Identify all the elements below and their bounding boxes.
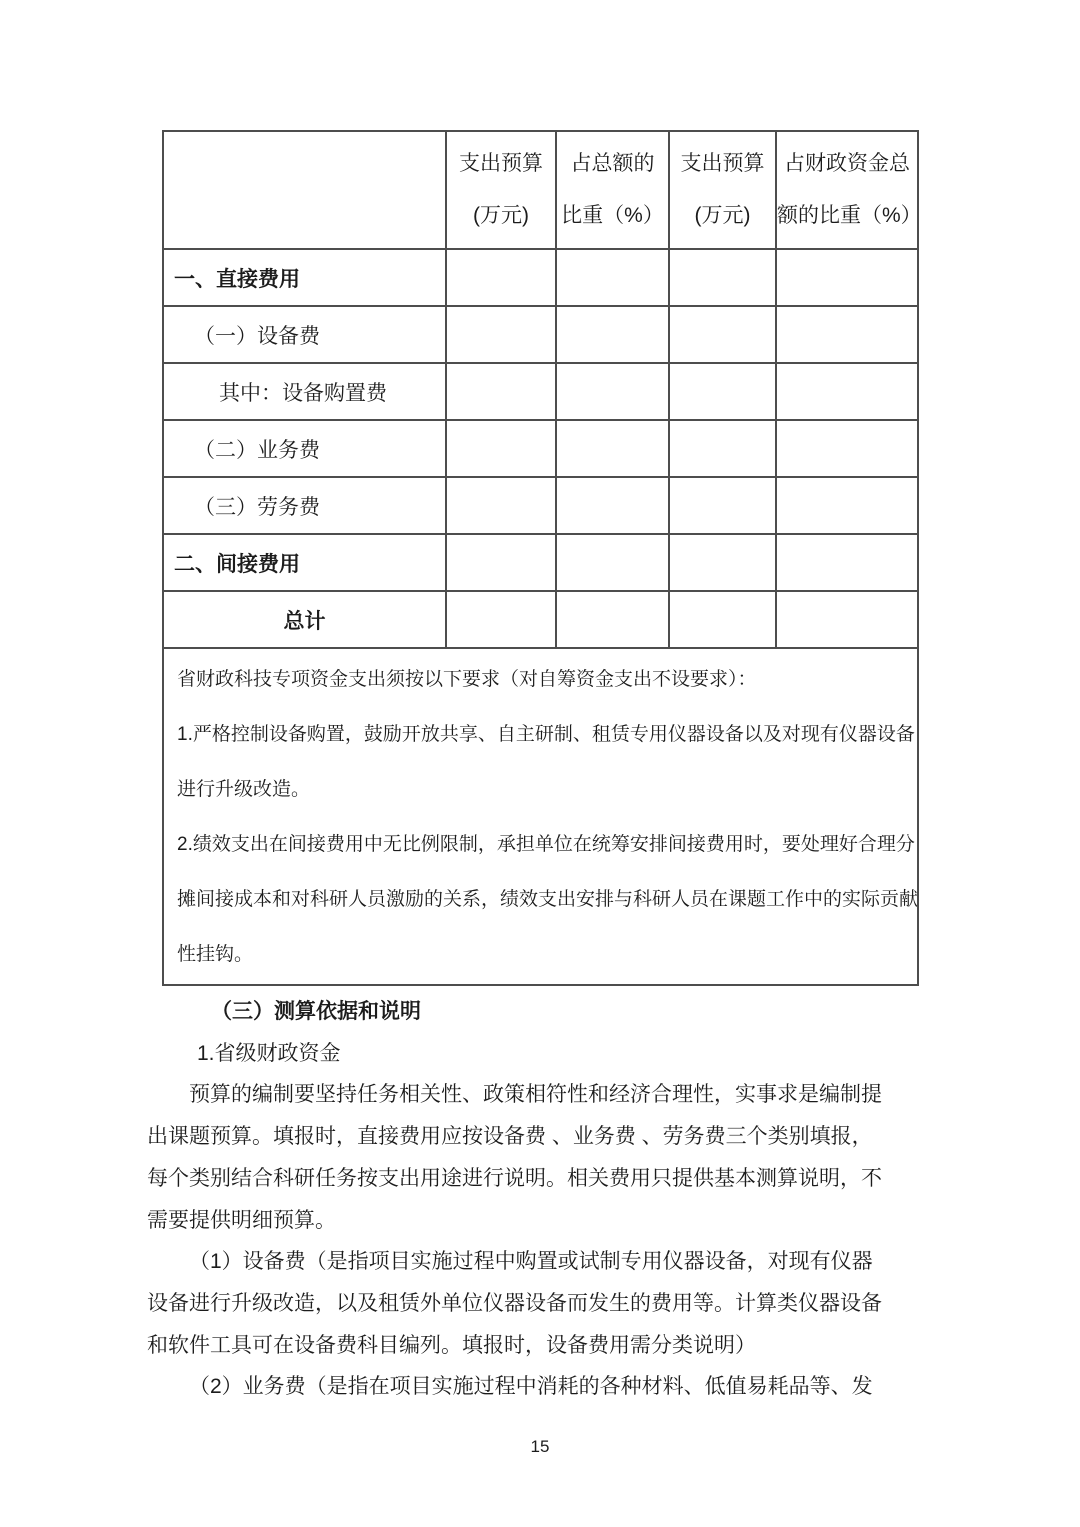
- empty-cell: [556, 420, 669, 477]
- row-label: （一）设备费: [163, 306, 446, 363]
- note-line: 2.绩效支出在间接费用中无比例限制，承担单位在统筹安排间接费用时，要处理好合理分: [177, 817, 904, 872]
- header-line: 支出预算: [447, 138, 555, 190]
- note-line: 摊间接成本和对科研人员激励的关系，绩效支出安排与科研人员在课题工作中的实际贡献: [177, 872, 904, 927]
- budget-table: 支出预算 (万元) 占总额的 比重（%） 支出预算 (万元) 占财政资金总 额的…: [162, 130, 919, 986]
- header-line: 占总额的: [557, 138, 668, 190]
- empty-cell: [669, 534, 776, 591]
- empty-cell: [669, 477, 776, 534]
- row-label: （三）劳务费: [163, 477, 446, 534]
- empty-cell: [446, 591, 556, 648]
- paragraph-line: （2）业务费（是指在项目实施过程中消耗的各种材料、低值易耗品等、发: [147, 1366, 947, 1408]
- table-note-row: 省财政科技专项资金支出须按以下要求（对自筹资金支出不设要求）： 1.严格控制设备…: [163, 648, 918, 985]
- empty-cell: [669, 420, 776, 477]
- note-line: 省财政科技专项资金支出须按以下要求（对自筹资金支出不设要求）：: [177, 652, 904, 707]
- paragraph-line: 设备进行升级改造，以及租赁外单位仪器设备而发生的费用等。计算类仪器设备: [147, 1283, 947, 1325]
- header-cell-expenditure-budget-2: 支出预算 (万元): [669, 131, 776, 249]
- empty-cell: [556, 591, 669, 648]
- table-row-equipment-fee: （一）设备费: [163, 306, 918, 363]
- empty-cell: [776, 306, 918, 363]
- note-line: 性挂钩。: [177, 927, 904, 982]
- header-line: 支出预算: [670, 138, 775, 190]
- table-row-direct-costs: 一、直接费用: [163, 249, 918, 306]
- header-line: 占财政资金总: [777, 138, 917, 190]
- empty-cell: [556, 249, 669, 306]
- header-line: 额的比重（%）: [777, 190, 917, 242]
- row-label: （二）业务费: [163, 420, 446, 477]
- empty-cell: [669, 363, 776, 420]
- document-page: 支出预算 (万元) 占总额的 比重（%） 支出预算 (万元) 占财政资金总 额的…: [0, 0, 1080, 1527]
- empty-cell: [669, 306, 776, 363]
- note-line: 1.严格控制设备购置，鼓励开放共享、自主研制、租赁专用仪器设备以及对现有仪器设备: [177, 707, 904, 762]
- table-row-total: 总计: [163, 591, 918, 648]
- header-cell-share-of-total: 占总额的 比重（%）: [556, 131, 669, 249]
- paragraph-line: 每个类别结合科研任务按支出用途进行说明。相关费用只提供基本测算说明，不: [147, 1158, 947, 1200]
- row-label: 总计: [163, 591, 446, 648]
- empty-cell: [446, 249, 556, 306]
- empty-cell: [776, 477, 918, 534]
- paragraph-line: 出课题预算。填报时，直接费用应按设备费 、业务费 、劳务费三个类别填报，: [147, 1116, 947, 1158]
- empty-cell: [556, 534, 669, 591]
- table-header-row: 支出预算 (万元) 占总额的 比重（%） 支出预算 (万元) 占财政资金总 额的…: [163, 131, 918, 249]
- section-heading: （三）测算依据和说明: [147, 991, 947, 1033]
- empty-cell: [776, 249, 918, 306]
- sub-heading: 1.省级财政资金: [147, 1033, 947, 1075]
- empty-cell: [776, 534, 918, 591]
- note-cell: 省财政科技专项资金支出须按以下要求（对自筹资金支出不设要求）： 1.严格控制设备…: [163, 648, 918, 985]
- paragraph-line: 需要提供明细预算。: [147, 1200, 947, 1242]
- header-cell-expenditure-budget-1: 支出预算 (万元): [446, 131, 556, 249]
- empty-cell: [446, 306, 556, 363]
- row-label: 一、直接费用: [163, 249, 446, 306]
- row-label: 二、间接费用: [163, 534, 446, 591]
- empty-cell: [446, 363, 556, 420]
- header-line: (万元): [447, 190, 555, 242]
- row-label: 其中：设备购置费: [163, 363, 446, 420]
- empty-cell: [556, 363, 669, 420]
- empty-cell: [556, 306, 669, 363]
- empty-cell: [669, 591, 776, 648]
- header-line: 比重（%）: [557, 190, 668, 242]
- empty-cell: [556, 477, 669, 534]
- empty-cell: [776, 363, 918, 420]
- page-number: 15: [0, 1436, 1080, 1458]
- empty-cell: [776, 591, 918, 648]
- body-text: （三）测算依据和说明 1.省级财政资金 预算的编制要坚持任务相关性、政策相符性和…: [147, 991, 947, 1408]
- table-row-equipment-purchase-fee: 其中：设备购置费: [163, 363, 918, 420]
- empty-cell: [446, 534, 556, 591]
- header-cell-category: [163, 131, 446, 249]
- empty-cell: [669, 249, 776, 306]
- table-row-indirect-costs: 二、间接费用: [163, 534, 918, 591]
- table-row-business-fee: （二）业务费: [163, 420, 918, 477]
- empty-cell: [446, 420, 556, 477]
- empty-cell: [776, 420, 918, 477]
- table-row-labor-fee: （三）劳务费: [163, 477, 918, 534]
- header-line: (万元): [670, 190, 775, 242]
- paragraph-line: （1）设备费（是指项目实施过程中购置或试制专用仪器设备，对现有仪器: [147, 1241, 947, 1283]
- paragraph-line: 预算的编制要坚持任务相关性、政策相符性和经济合理性，实事求是编制提: [147, 1074, 947, 1116]
- note-line: 进行升级改造。: [177, 762, 904, 817]
- empty-cell: [446, 477, 556, 534]
- paragraph-line: 和软件工具可在设备费科目编列。填报时，设备费用需分类说明）: [147, 1325, 947, 1367]
- header-cell-share-of-fiscal-funds: 占财政资金总 额的比重（%）: [776, 131, 918, 249]
